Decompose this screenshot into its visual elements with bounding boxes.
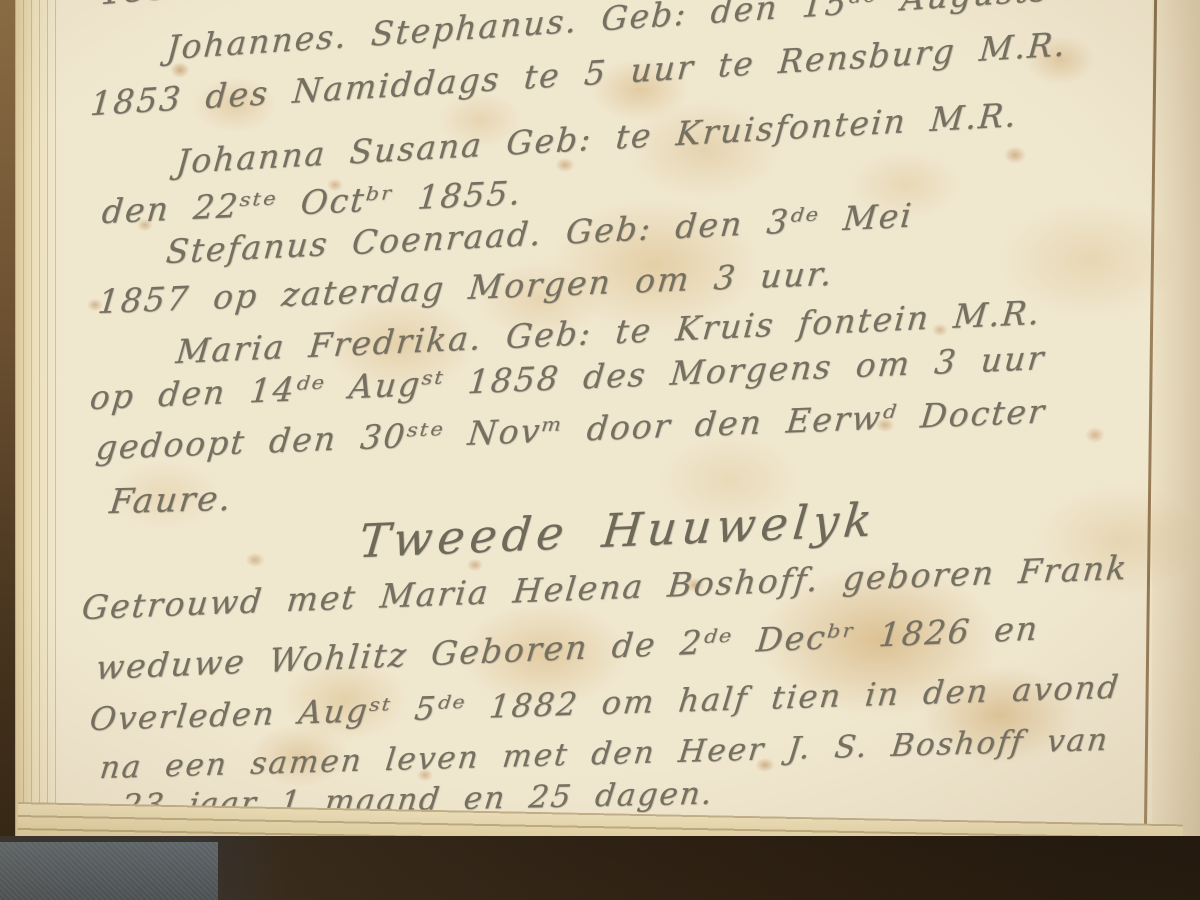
stacked-page-edges-left — [15, 0, 59, 860]
right-page-edge-shading — [1152, 0, 1200, 840]
handwritten-line: Faure. — [107, 479, 234, 522]
section-heading-tweede-huwelyk: Tweede Huuwelyk — [357, 492, 880, 568]
manuscript-text: 1851 huwelyksdag Johannes. Stephanus. Ge… — [0, 0, 1200, 900]
grey-fabric-corner — [0, 842, 218, 900]
photographed-register-page: 1851 huwelyksdag Johannes. Stephanus. Ge… — [0, 0, 1200, 900]
